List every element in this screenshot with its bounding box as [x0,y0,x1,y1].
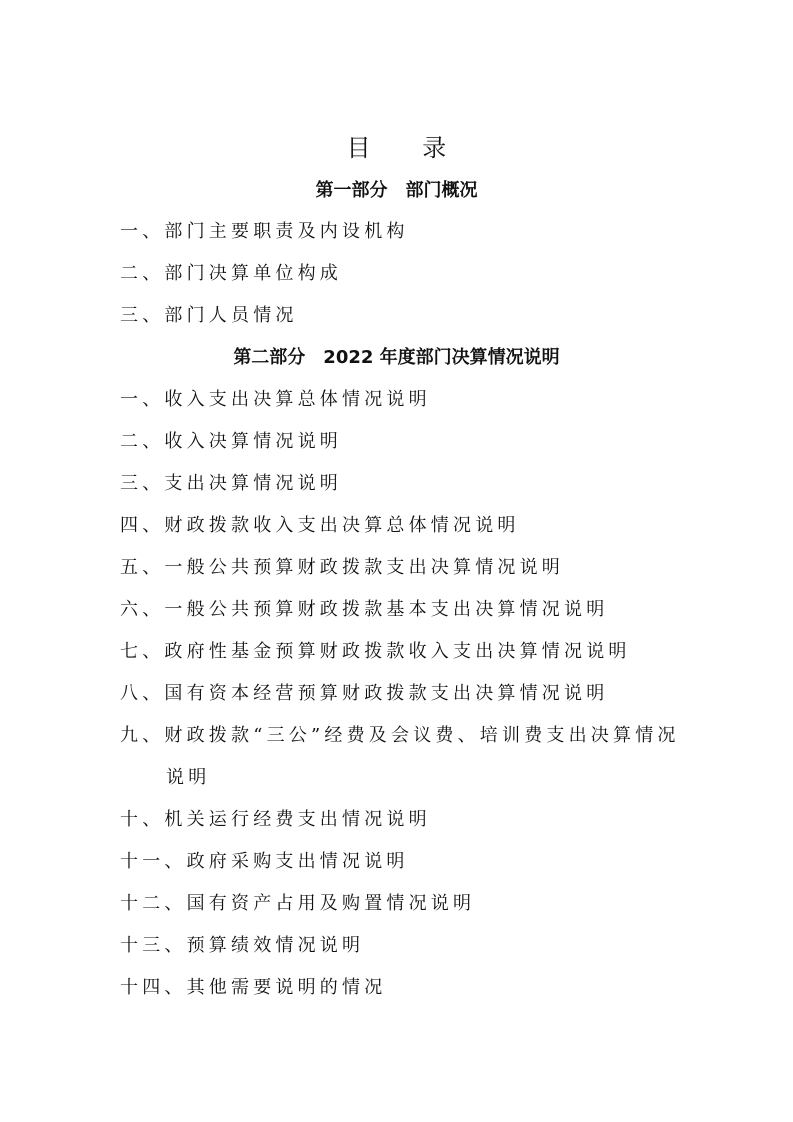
toc-item[interactable]: 七、政府性基金预算财政拨款收入支出决算情况说明 [120,637,631,663]
toc-item[interactable]: 二、收入决算情况说明 [120,427,342,453]
toc-item-continuation[interactable]: 说明 [166,763,210,789]
toc-item[interactable]: 十三、预算绩效情况说明 [120,931,364,957]
toc-item[interactable]: 十、机关运行经费支出情况说明 [120,805,431,831]
toc-item[interactable]: 十一、政府采购支出情况说明 [120,847,409,873]
toc-item[interactable]: 二、部门决算单位构成 [120,259,342,285]
toc-item[interactable]: 一、部门主要职责及内设机构 [120,217,409,243]
toc-item[interactable]: 一、收入支出决算总体情况说明 [120,385,431,411]
toc-item[interactable]: 五、一般公共预算财政拨款支出决算情况说明 [120,553,564,579]
part2-heading: 第二部分 2022 年度部门决算情况说明 [0,343,793,369]
toc-item[interactable]: 十四、其他需要说明的情况 [120,973,386,999]
toc-item[interactable]: 六、一般公共预算财政拨款基本支出决算情况说明 [120,595,608,621]
toc-item[interactable]: 十二、国有资产占用及购置情况说明 [120,889,475,915]
toc-item[interactable]: 四、财政拨款收入支出决算总体情况说明 [120,511,520,537]
toc-item[interactable]: 三、部门人员情况 [120,301,298,327]
toc-title: 目 录 [0,128,793,163]
part1-heading: 第一部分 部门概况 [0,176,793,202]
toc-item[interactable]: 八、国有资本经营预算财政拨款支出决算情况说明 [120,679,608,705]
toc-item[interactable]: 九、财政拨款“三公”经费及会议费、培训费支出决算情况 [120,721,680,747]
toc-item[interactable]: 三、支出决算情况说明 [120,469,342,495]
